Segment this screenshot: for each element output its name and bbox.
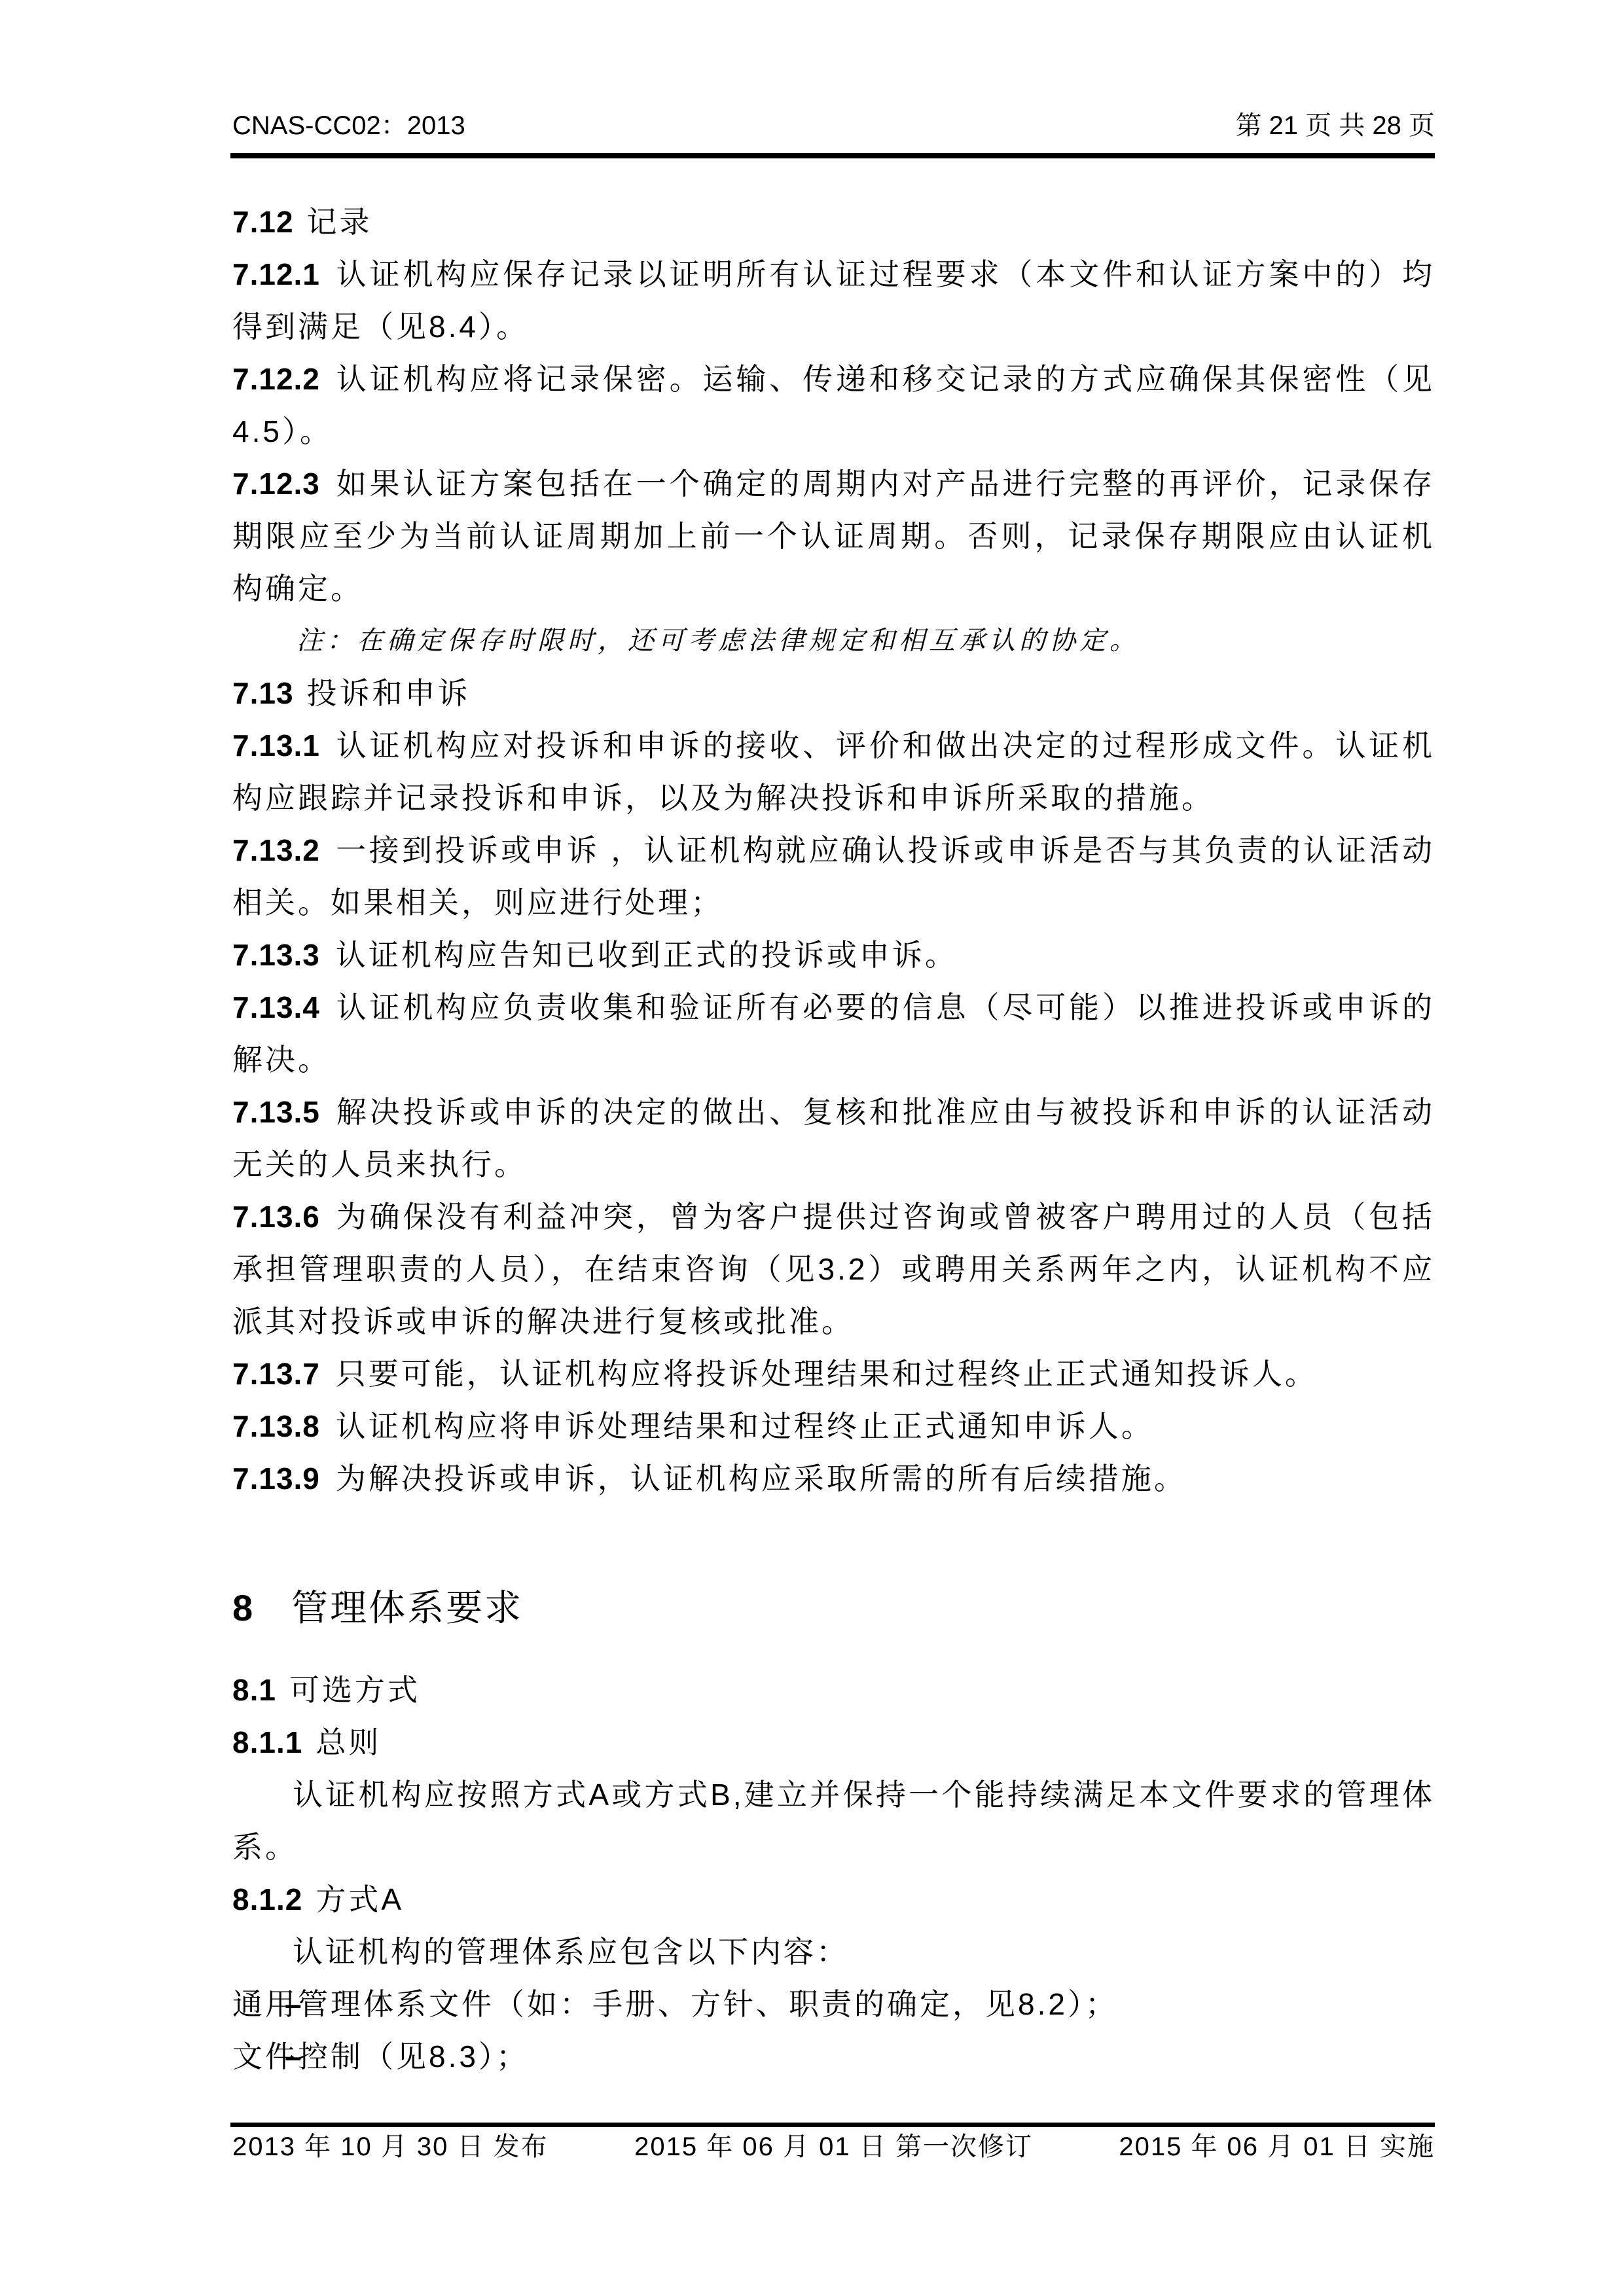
heading-text: 方式A — [316, 1882, 404, 1916]
body-paragraph: 7.13.3认证机构应告知已收到正式的投诉或申诉。 — [232, 929, 1435, 981]
paragraph-text: 认证机构应将记录保密。运输、传递和移交记录的方式应确保其保密性（见4.5）。 — [232, 362, 1435, 448]
paragraph-text: 认证机构应将申诉处理结果和过程终止正式通知申诉人。 — [336, 1409, 1154, 1443]
clause-number: 7.12.2 — [232, 362, 320, 396]
body-paragraph: 7.13.4认证机构应负责收集和验证所有必要的信息（尽可能）以推进投诉或申诉的解… — [232, 981, 1435, 1086]
clause-number: 7.13.2 — [232, 833, 320, 867]
body-paragraph: 7.12.3如果认证方案包括在一个确定的周期内对产品进行完整的再评价，记录保存期… — [232, 457, 1435, 615]
paragraph-text: 为确保没有利益冲突，曾为客户提供过咨询或曾被客户聘用过的人员（包括承担管理职责的… — [232, 1200, 1435, 1338]
clause-number: 7.13.6 — [232, 1200, 320, 1234]
body-paragraph: 7.12.1认证机构应保存记录以证明所有认证过程要求（本文件和认证方案中的）均得… — [232, 248, 1435, 353]
heading-text: 可选方式 — [289, 1673, 420, 1707]
clause-number: 7.13.8 — [232, 1409, 320, 1443]
paragraph-text: 认证机构应按照方式A或方式B,建立并保持一个能持续满足本文件要求的管理体系。 — [232, 1778, 1435, 1864]
section-heading: 7.13投诉和申诉 — [232, 667, 1435, 719]
clause-number: 7.12.3 — [232, 467, 320, 501]
paragraph-text: 认证机构应对投诉和申诉的接收、评价和做出决定的过程形成文件。认证机构应跟踪并记录… — [232, 728, 1435, 815]
paragraph-text: 解决投诉或申诉的决定的做出、复核和批准应由与被投诉和申诉的认证活动无关的人员来执… — [232, 1095, 1435, 1181]
body-paragraph: 7.13.7只要可能，认证机构应将投诉处理结果和过程终止正式通知投诉人。 — [232, 1348, 1435, 1400]
document-code: CNAS-CC02：2013 — [232, 110, 465, 141]
clause-number: 7.13.5 — [232, 1095, 320, 1129]
body-paragraph: 7.13.5解决投诉或申诉的决定的做出、复核和批准应由与被投诉和申诉的认证活动无… — [232, 1086, 1435, 1191]
body-paragraph: 7.13.6为确保没有利益冲突，曾为客户提供过咨询或曾被客户聘用过的人员（包括承… — [232, 1191, 1435, 1348]
clause-number: 8.1.1 — [232, 1725, 302, 1759]
body-paragraph: 7.13.1认证机构应对投诉和申诉的接收、评价和做出决定的过程形成文件。认证机构… — [232, 719, 1435, 824]
clause-number: 8.1.2 — [232, 1882, 302, 1916]
paragraph-text: 认证机构的管理体系应包含以下内容： — [293, 1935, 849, 1969]
heading-text: 管理体系要求 — [291, 1587, 523, 1628]
clause-number: 7.13.9 — [232, 1462, 320, 1496]
paragraph-text: 注：在确定保存时限时，还可考虑法律规定和相互承认的协定。 — [297, 626, 1140, 656]
revision-date: 2015 年 06 月 01 日 第一次修订 — [634, 2128, 1033, 2165]
paragraph-text: 只要可能，认证机构应将投诉处理结果和过程终止正式通知投诉人。 — [336, 1357, 1318, 1391]
header-divider — [230, 153, 1435, 158]
paragraph-text: 通用管理体系文件（如：手册、方针、职责的确定，见8.2）； — [232, 1987, 1118, 2021]
issue-date: 2013 年 10 月 30 日 发布 — [232, 2128, 549, 2165]
clause-number: 7.13.3 — [232, 938, 320, 972]
heading-text: 投诉和申诉 — [307, 676, 471, 710]
paragraph-text: 认证机构应负责收集和验证所有必要的信息（尽可能）以推进投诉或申诉的解决。 — [232, 990, 1435, 1077]
heading-text: 记录 — [307, 205, 372, 239]
list-item: –通用管理体系文件（如：手册、方针、职责的确定，见8.2）； — [232, 1978, 1435, 2030]
paragraph-text: 认证机构应保存记录以证明所有认证过程要求（本文件和认证方案中的）均得到满足（见8… — [232, 257, 1435, 344]
page-header: CNAS-CC02：2013 第 21 页 共 28 页 — [232, 110, 1435, 141]
body-paragraph: 7.13.2一接到投诉或申诉 ，认证机构就应确认投诉或申诉是否与其负责的认证活动… — [232, 824, 1435, 929]
implementation-date: 2015 年 06 月 01 日 实施 — [1119, 2128, 1435, 2165]
list-dash-marker: – — [285, 2030, 304, 2083]
body-paragraph: 认证机构应按照方式A或方式B,建立并保持一个能持续满足本文件要求的管理体系。 — [232, 1768, 1435, 1873]
list-dash-marker: – — [285, 1978, 304, 2030]
paragraph-text: 文件控制（见8.3）； — [232, 2039, 529, 2073]
page-number-indicator: 第 21 页 共 28 页 — [1235, 110, 1435, 141]
chapter-heading: 8管理体系要求 — [232, 1582, 1435, 1634]
body-paragraph: 7.13.9为解决投诉或申诉，认证机构应采取所需的所有后续措施。 — [232, 1452, 1435, 1505]
body-paragraph: 认证机构的管理体系应包含以下内容： — [232, 1926, 1435, 1978]
footer-divider — [230, 2123, 1435, 2127]
clause-number: 7.13.4 — [232, 990, 320, 1024]
clause-number: 8 — [232, 1587, 253, 1628]
paragraph-text: 一接到投诉或申诉 ，认证机构就应确认投诉或申诉是否与其负责的认证活动相关。如果相… — [232, 833, 1435, 920]
document-body: 7.12记录7.12.1认证机构应保存记录以证明所有认证过程要求（本文件和认证方… — [232, 196, 1435, 2083]
clause-number: 7.12 — [232, 205, 294, 239]
note-paragraph: 注：在确定保存时限时，还可考虑法律规定和相互承认的协定。 — [232, 615, 1435, 667]
paragraph-text: 如果认证方案包括在一个确定的周期内对产品进行完整的再评价，记录保存期限应至少为当… — [232, 467, 1435, 605]
clause-number: 7.12.1 — [232, 257, 320, 291]
body-paragraph: 7.12.2认证机构应将记录保密。运输、传递和移交记录的方式应确保其保密性（见4… — [232, 353, 1435, 457]
page-footer: 2013 年 10 月 30 日 发布 2015 年 06 月 01 日 第一次… — [232, 2128, 1435, 2165]
clause-number: 7.13.1 — [232, 728, 320, 762]
section-heading: 8.1.1总则 — [232, 1716, 1435, 1768]
section-heading: 7.12记录 — [232, 196, 1435, 248]
paragraph-text: 认证机构应告知已收到正式的投诉或申诉。 — [336, 938, 958, 972]
paragraph-text: 为解决投诉或申诉，认证机构应采取所需的所有后续措施。 — [336, 1462, 1187, 1496]
heading-text: 总则 — [316, 1725, 381, 1759]
clause-number: 8.1 — [232, 1673, 276, 1707]
document-page: CNAS-CC02：2013 第 21 页 共 28 页 7.12记录7.12.… — [0, 0, 1624, 2296]
section-heading: 8.1.2方式A — [232, 1873, 1435, 1926]
list-item: –文件控制（见8.3）； — [232, 2030, 1435, 2083]
body-paragraph: 7.13.8认证机构应将申诉处理结果和过程终止正式通知申诉人。 — [232, 1400, 1435, 1452]
section-heading: 8.1可选方式 — [232, 1664, 1435, 1716]
clause-number: 7.13 — [232, 676, 294, 710]
clause-number: 7.13.7 — [232, 1357, 320, 1391]
